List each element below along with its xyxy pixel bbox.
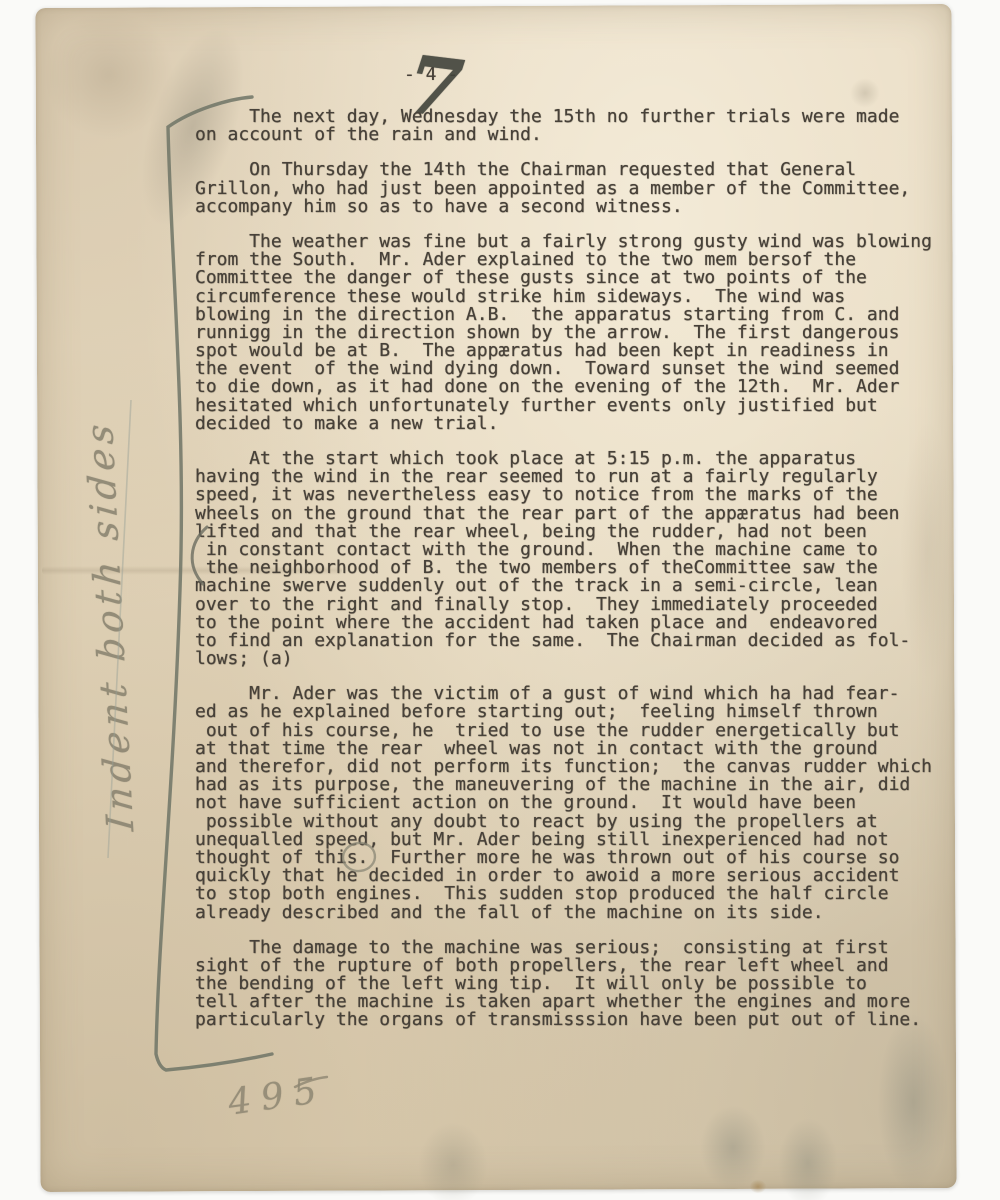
typed-line: to die down, as it had done on the eveni… xyxy=(195,378,955,396)
typed-line: On Thursday the 14th the Chairman reques… xyxy=(195,161,955,179)
typed-line: speed, it was nevertheless easy to notic… xyxy=(195,486,955,504)
paragraph: The weather was fine but a fairly strong… xyxy=(195,233,955,433)
typed-line: not have sufficient action on the ground… xyxy=(195,794,955,812)
paragraph: The damage to the machine was serious; c… xyxy=(195,939,955,1030)
typed-line: to stop both engines. This sudden stop p… xyxy=(195,885,955,903)
typed-text-block: The next day, Wednesday the 15th no furt… xyxy=(195,108,955,1047)
typed-line: decided to make a new trial. xyxy=(195,415,955,433)
typed-line: to find an explanation for the same. The… xyxy=(195,632,955,650)
paragraph: On Thursday the 14th the Chairman reques… xyxy=(195,161,955,216)
typed-line: on account of the rain and wind. xyxy=(195,126,955,144)
typed-line: already described and the fall of the ma… xyxy=(195,904,955,922)
typed-line: ed as he explained before starting out; … xyxy=(195,703,955,721)
typed-line: lows; (a) xyxy=(195,650,955,668)
typed-line: over to the right and finally stop. They… xyxy=(195,596,955,614)
typed-line: Committee the danger of these gusts sinc… xyxy=(195,269,955,287)
scanned-document-page: - 4 - 7 The next day, Wednesday the 15th… xyxy=(0,0,1000,1200)
typed-line: accompany him so as to have a second wit… xyxy=(195,198,955,216)
typed-line: machine swerve suddenly out of the track… xyxy=(195,577,955,595)
paragraph: The next day, Wednesday the 15th no furt… xyxy=(195,108,955,144)
paragraph: Mr. Ader was the victim of a gust of win… xyxy=(195,685,955,921)
paragraph: At the start which took place at 5:15 p.… xyxy=(195,450,955,668)
typed-line: circumference these would strike him sid… xyxy=(195,288,955,306)
typed-line: particularly the organs of transmisssion… xyxy=(195,1011,955,1029)
